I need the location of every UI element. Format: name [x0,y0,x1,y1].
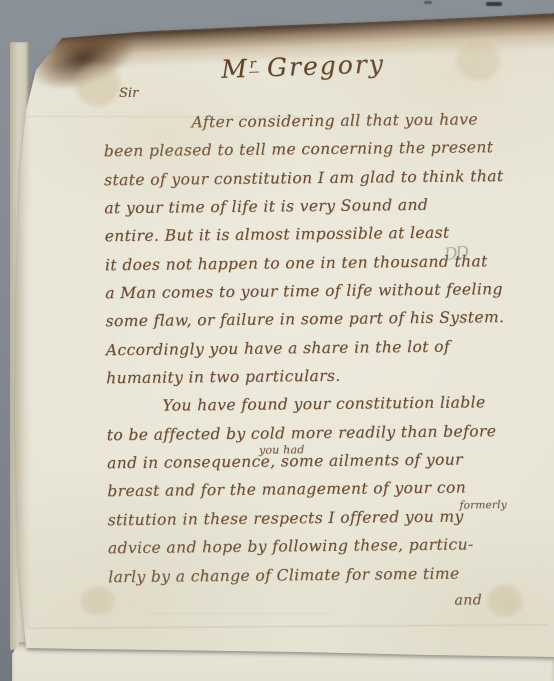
manuscript-line: larly by a change of Climate for some ti… [108,563,538,596]
pencil-mark: DD [443,243,468,265]
manuscript-line: entire. But it is almost impossible at l… [105,223,535,256]
manuscript-line: advice and hope by following these, part… [108,535,538,568]
manuscript-line: to be affected by cold more readily than… [107,422,537,455]
manuscript-line: and in consequence, some ailments of you… [107,450,537,483]
left-edge-shading [14,58,30,628]
heading-title-superscript: r [248,56,259,72]
manuscript-line: Accordingly you have a share in the lot … [106,336,536,369]
manuscript-line: You have found your constitution liable [106,393,536,426]
interlineation: you had [259,443,305,456]
interlineation: formerly [459,499,506,511]
manuscript-line: it does not happen to one in ten thousan… [105,251,535,284]
fold-crease [28,624,548,630]
heading-title: M [221,54,250,84]
manuscript-line: humanity in two particulars. [106,365,536,398]
manuscript-line: state of your constitution I am glad to … [104,166,534,199]
manuscript-line: at your time of life it is very Sound an… [104,195,534,228]
letter-page-shadow: MrGregory Sir After considering all that… [0,0,554,681]
manuscript-line: been pleased to tell me concerning the p… [104,138,534,171]
salutation: Sir [119,86,138,101]
recipient-name: Gregory [267,49,386,82]
letter-page: MrGregory Sir After considering all that… [0,0,554,681]
manuscript-line: a Man comes to your time of life without… [105,280,535,313]
photograph-of-letter: MrGregory Sir After considering all that… [0,0,554,681]
manuscript-line: some flaw, or failure in some part of hi… [105,308,535,341]
manuscript-line: After considering all that you have [103,110,533,143]
line-text: stitution in these respects I offered yo… [108,507,464,529]
manuscript-line: stitution in these respects I offered yo… [108,507,538,540]
letter-body: After considering all that you have been… [103,110,538,616]
